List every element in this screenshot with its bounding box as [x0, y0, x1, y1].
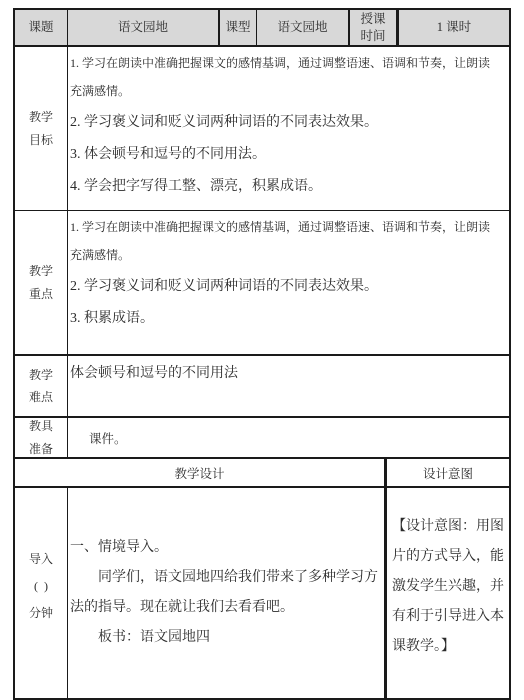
design-intent-title: 设计意图 [387, 459, 509, 486]
topic-value-cell: 语文园地 [68, 10, 220, 45]
preparation-content: 课件。 [68, 418, 509, 457]
design-title: 教学设计 [15, 459, 387, 486]
lesson-type-label-cell: 课型 [220, 10, 257, 45]
key-point-item: 1. 学习在朗读中准确把握课文的感情基调，通过调整语速、语调和节奏，让朗读充满感… [70, 213, 499, 269]
preparation-row: 教具 准备 课件。 [15, 418, 509, 459]
design-header-row: 教学设计 设计意图 [15, 459, 509, 488]
key-points-row: 教学 重点 1. 学习在朗读中准确把握课文的感情基调，通过调整语速、语调和节奏，… [15, 211, 509, 356]
key-point-item: 2. 学习褒义词和贬义词两种词语的不同表达效果。 [70, 273, 499, 301]
objective-item: 2. 学习褒义词和贬义词两种词语的不同表达效果。 [70, 109, 499, 137]
objective-item: 3. 体会顿号和逗号的不同用法。 [70, 141, 499, 169]
teach-time-value-cell: 1 课时 [399, 10, 509, 45]
objectives-row: 教学 目标 1. 学习在朗读中准确把握课文的感情基调，通过调整语速、语调和节奏，… [15, 47, 509, 211]
topic-label-cell: 课题 [15, 10, 68, 45]
intro-paragraph: 板书：语文园地四 [70, 623, 380, 653]
difficulty-row: 教学 难点 体会顿号和逗号的不同用法 [15, 356, 509, 418]
key-point-item: 3. 积累成语。 [70, 305, 499, 333]
key-points-content: 1. 学习在朗读中准确把握课文的感情基调，通过调整语速、语调和节奏，让朗读充满感… [68, 211, 509, 354]
intro-paragraph: 同学们，语文园地四给我们带来了多种学习方法的指导。现在就让我们去看看吧。 [70, 563, 380, 623]
intro-row: 导入 ( ) 分钟 一、情境导入。 同学们，语文园地四给我们带来了多种学习方法的… [15, 488, 509, 675]
objective-item: 1. 学习在朗读中准确把握课文的感情基调，通过调整语速、语调和节奏，让朗读充满感… [70, 49, 499, 105]
title-row: 课题 语文园地 课型 语文园地 授课 时间 1 课时 [15, 10, 509, 47]
objective-item: 4. 学会把字写得工整、漂亮，积累成语。 [70, 173, 499, 201]
objectives-label: 教学 目标 [15, 47, 68, 210]
intro-paragraph: 一、情境导入。 [70, 533, 380, 563]
teach-time-label-cell: 授课 时间 [350, 10, 399, 45]
difficulty-label: 教学 难点 [15, 356, 68, 416]
preparation-label: 教具 准备 [15, 418, 68, 457]
intro-label: 导入 ( ) 分钟 [15, 488, 68, 675]
key-points-label: 教学 重点 [15, 211, 68, 354]
lesson-type-value-cell: 语文园地 [257, 10, 350, 45]
objectives-content: 1. 学习在朗读中准确把握课文的感情基调，通过调整语速、语调和节奏，让朗读充满感… [68, 47, 509, 210]
lesson-plan-table: 课题 语文园地 课型 语文园地 授课 时间 1 课时 教学 目标 1. 学习在朗… [13, 8, 511, 675]
intro-content: 一、情境导入。 同学们，语文园地四给我们带来了多种学习方法的指导。现在就让我们去… [68, 488, 387, 675]
design-intent-note: 【设计意图：用图片的方式导入，能激发学生兴趣，并有利于引导进入本课教学。】 [387, 488, 509, 675]
difficulty-content: 体会顿号和逗号的不同用法 [68, 356, 509, 416]
